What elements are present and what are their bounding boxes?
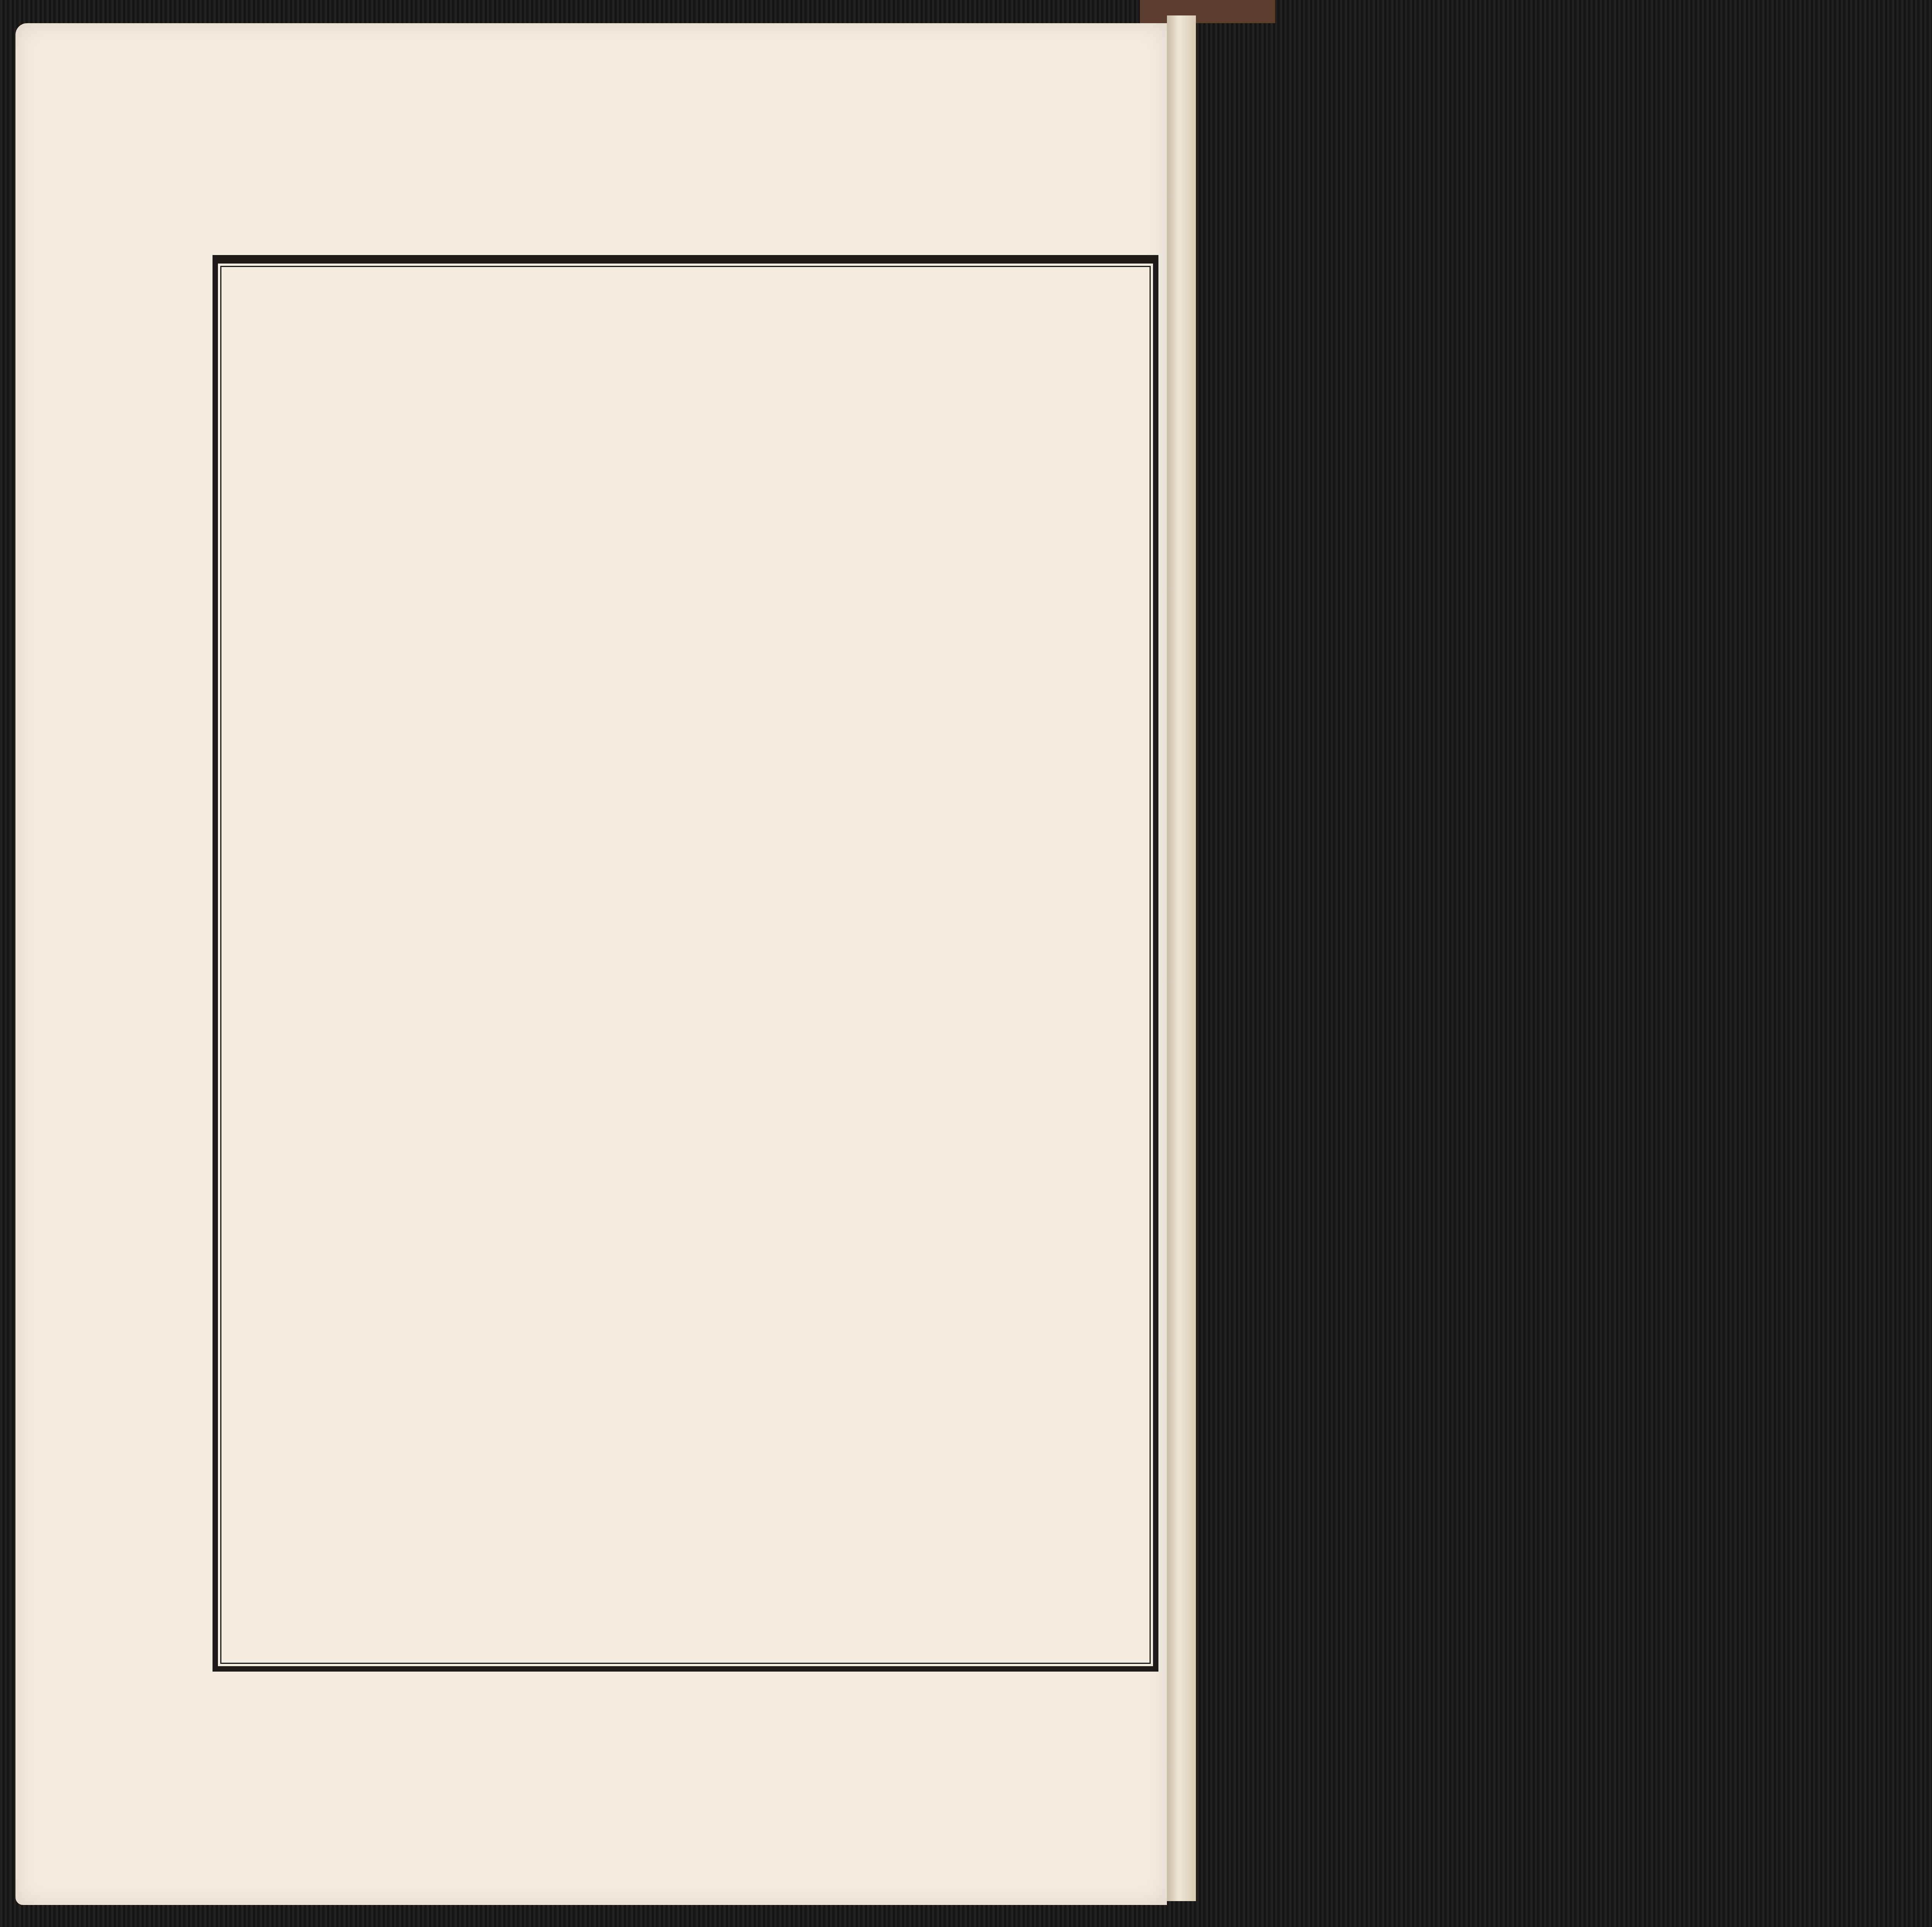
left-page-frame [213,255,1158,1672]
book-gutter [1167,15,1196,1901]
book-spine-top [1140,0,1275,23]
